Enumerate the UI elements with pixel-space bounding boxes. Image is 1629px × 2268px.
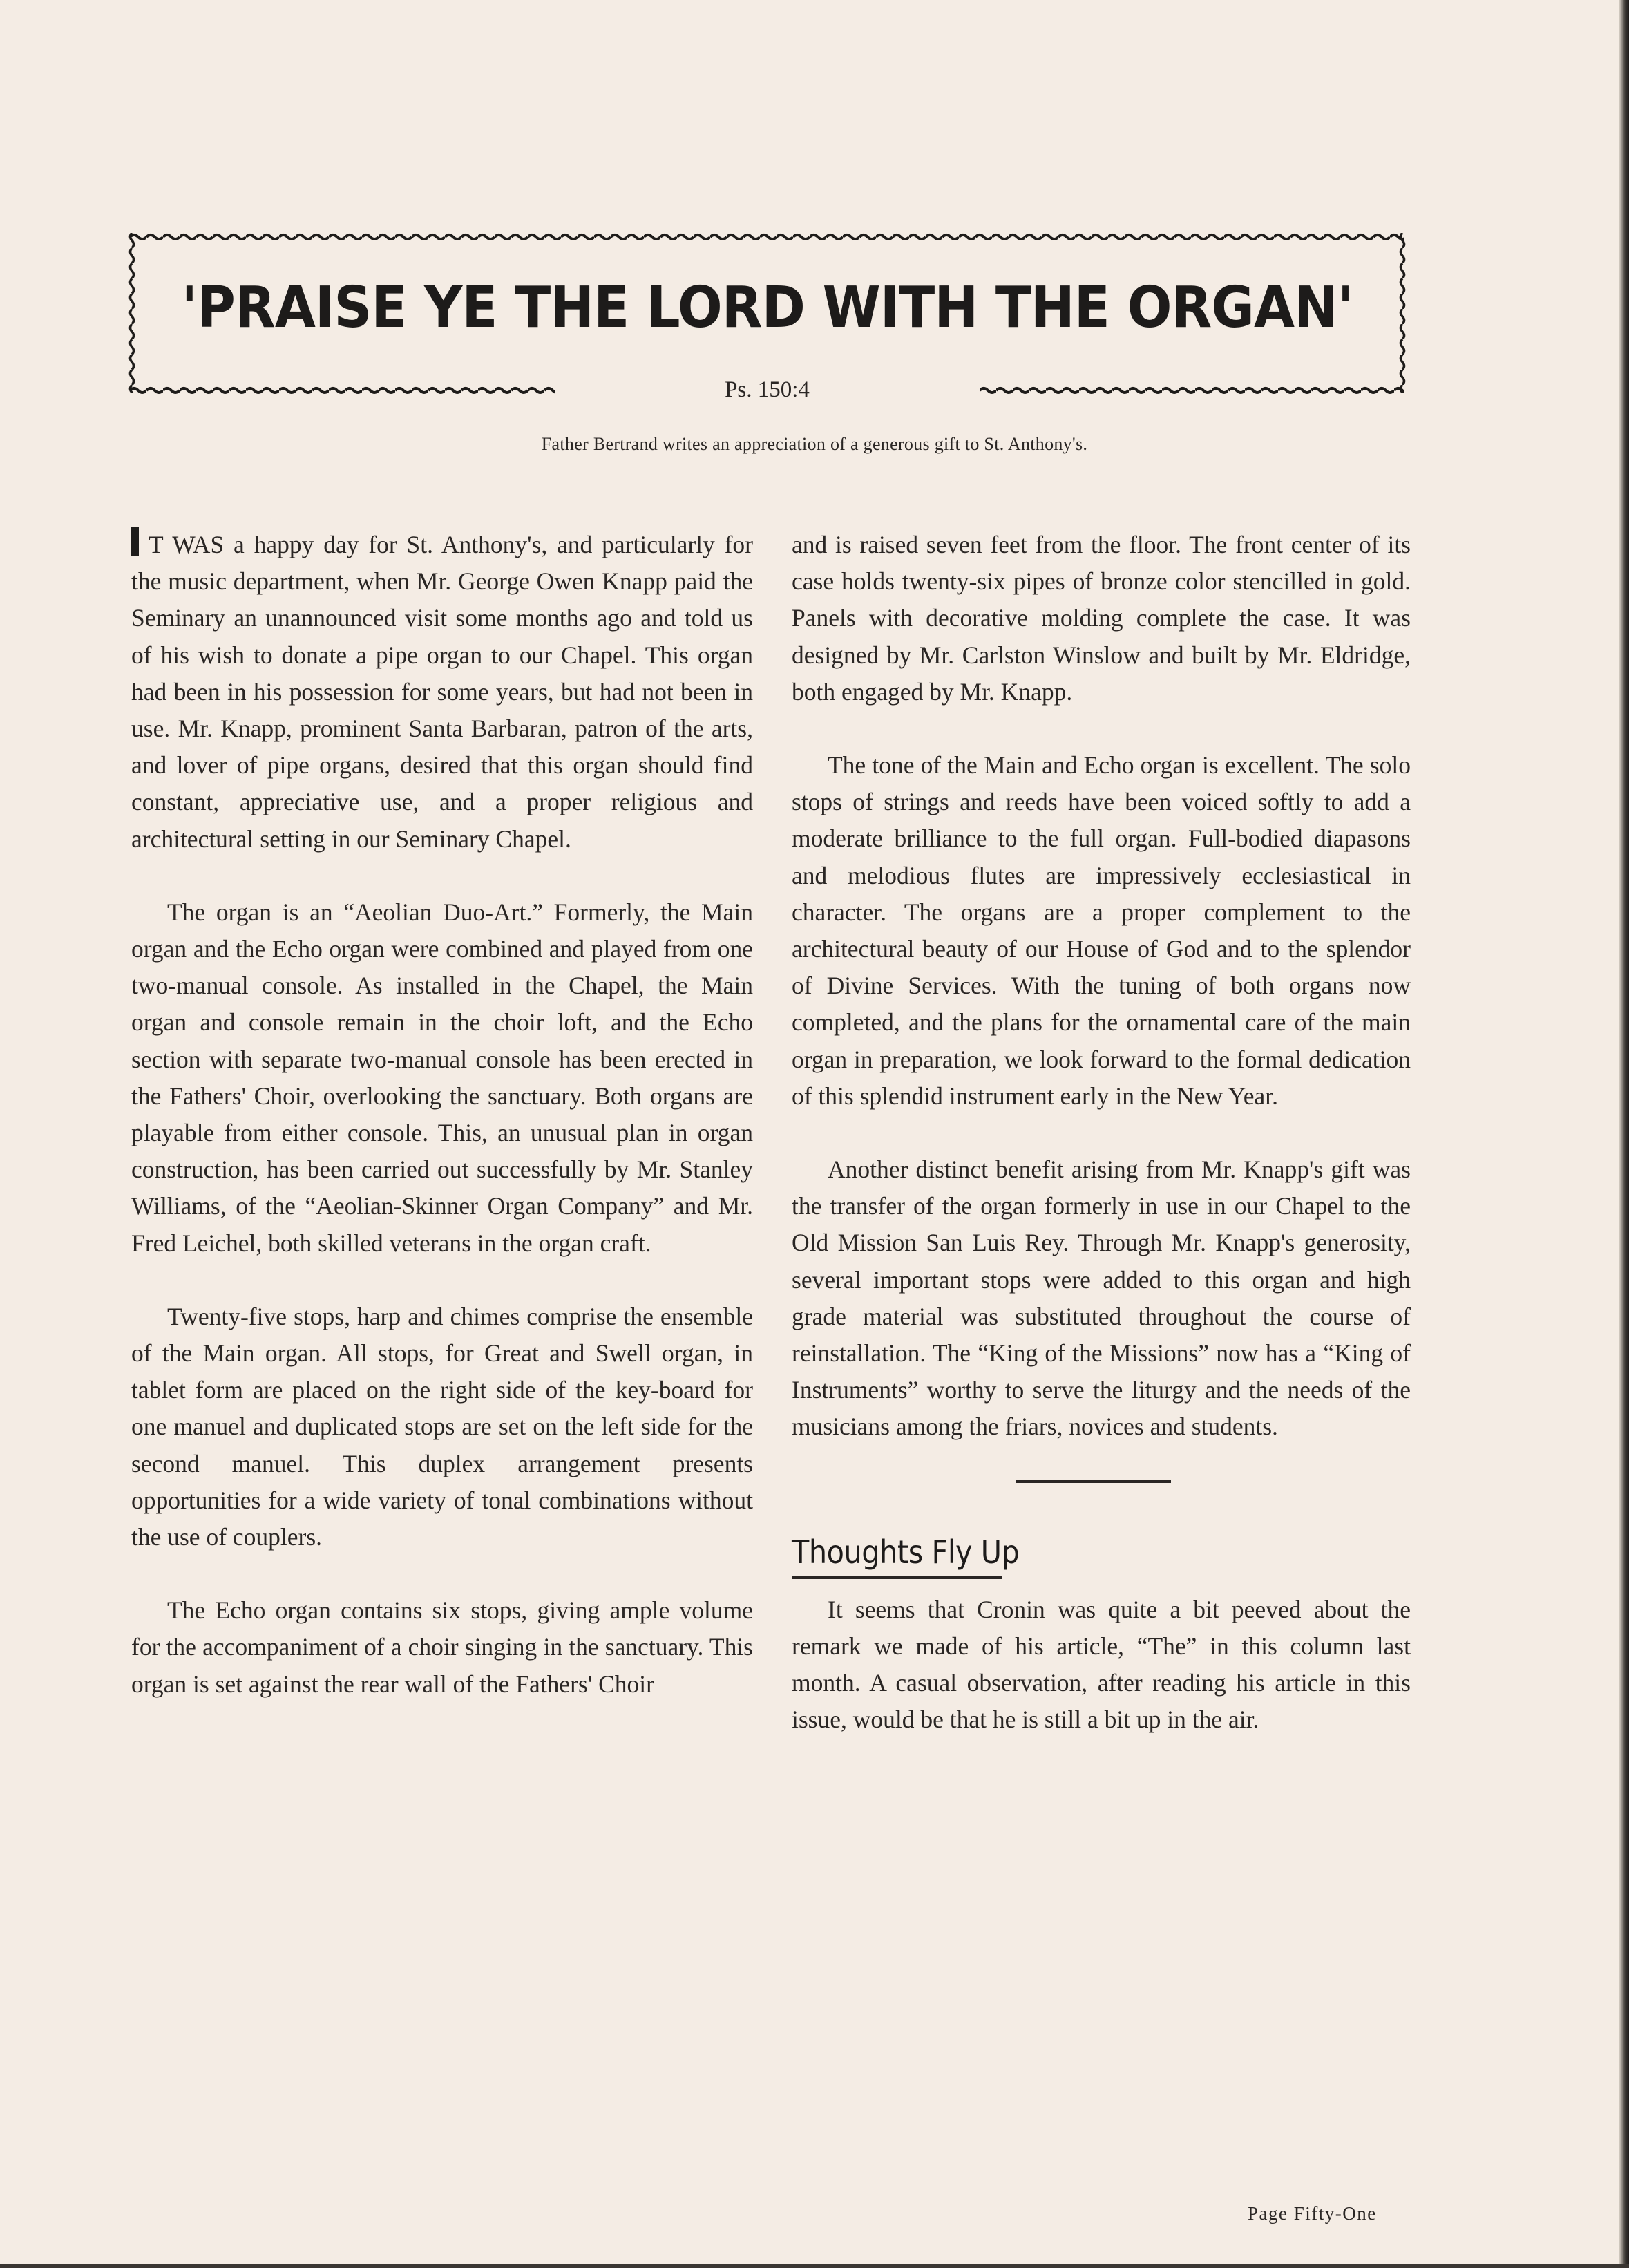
paragraph-organ-description: The organ is an “Aeolian Duo-Art.” Forme…: [131, 894, 753, 1262]
column-body: It seems that Cronin was quite a bit pee…: [792, 1591, 1411, 1739]
wavy-border-right: [1399, 233, 1406, 393]
wavy-border-left: [128, 233, 135, 393]
right-column: and is raised seven feet from the floor.…: [792, 527, 1411, 1739]
article-subtitle: Father Bertrand writes an appreciation o…: [0, 434, 1629, 455]
paragraph-tone: The tone of the Main and Echo organ is e…: [792, 747, 1411, 1115]
article-title: 'PRAISE YE THE LORD WITH THE ORGAN': [175, 280, 1360, 337]
paragraph-benefit: Another distinct benefit arising from Mr…: [792, 1151, 1411, 1446]
page-binding-edge: [1619, 0, 1629, 2268]
column-feature: Thoughts Fly Up It seems that Cronin was…: [792, 1483, 1411, 1739]
paragraph-text: T WAS a happy day for St. Anthony's, and…: [131, 531, 753, 853]
wavy-border-top: [130, 233, 1404, 241]
page-number: Page Fifty-One: [1248, 2203, 1377, 2224]
left-column: T WAS a happy day for St. Anthony's, and…: [131, 527, 753, 1703]
column-heading: Thoughts Fly Up: [792, 1534, 1019, 1571]
paragraph-continued: and is raised seven feet from the floor.…: [792, 527, 1411, 710]
section-divider: [1016, 1480, 1171, 1483]
paragraph-echo-organ: The Echo organ contains six stops, givin…: [131, 1592, 753, 1703]
heading-underline: [792, 1576, 1002, 1579]
paragraph-main-organ-stops: Twenty-five stops, harp and chimes compr…: [131, 1298, 753, 1556]
dropcap-letter-i: [131, 527, 139, 556]
scripture-reference: Ps. 150:4: [130, 377, 1404, 403]
title-box: 'PRAISE YE THE LORD WITH THE ORGAN' Ps. …: [130, 233, 1404, 393]
paragraph-intro: T WAS a happy day for St. Anthony's, and…: [131, 527, 753, 858]
page-bottom-edge: [0, 2264, 1629, 2268]
